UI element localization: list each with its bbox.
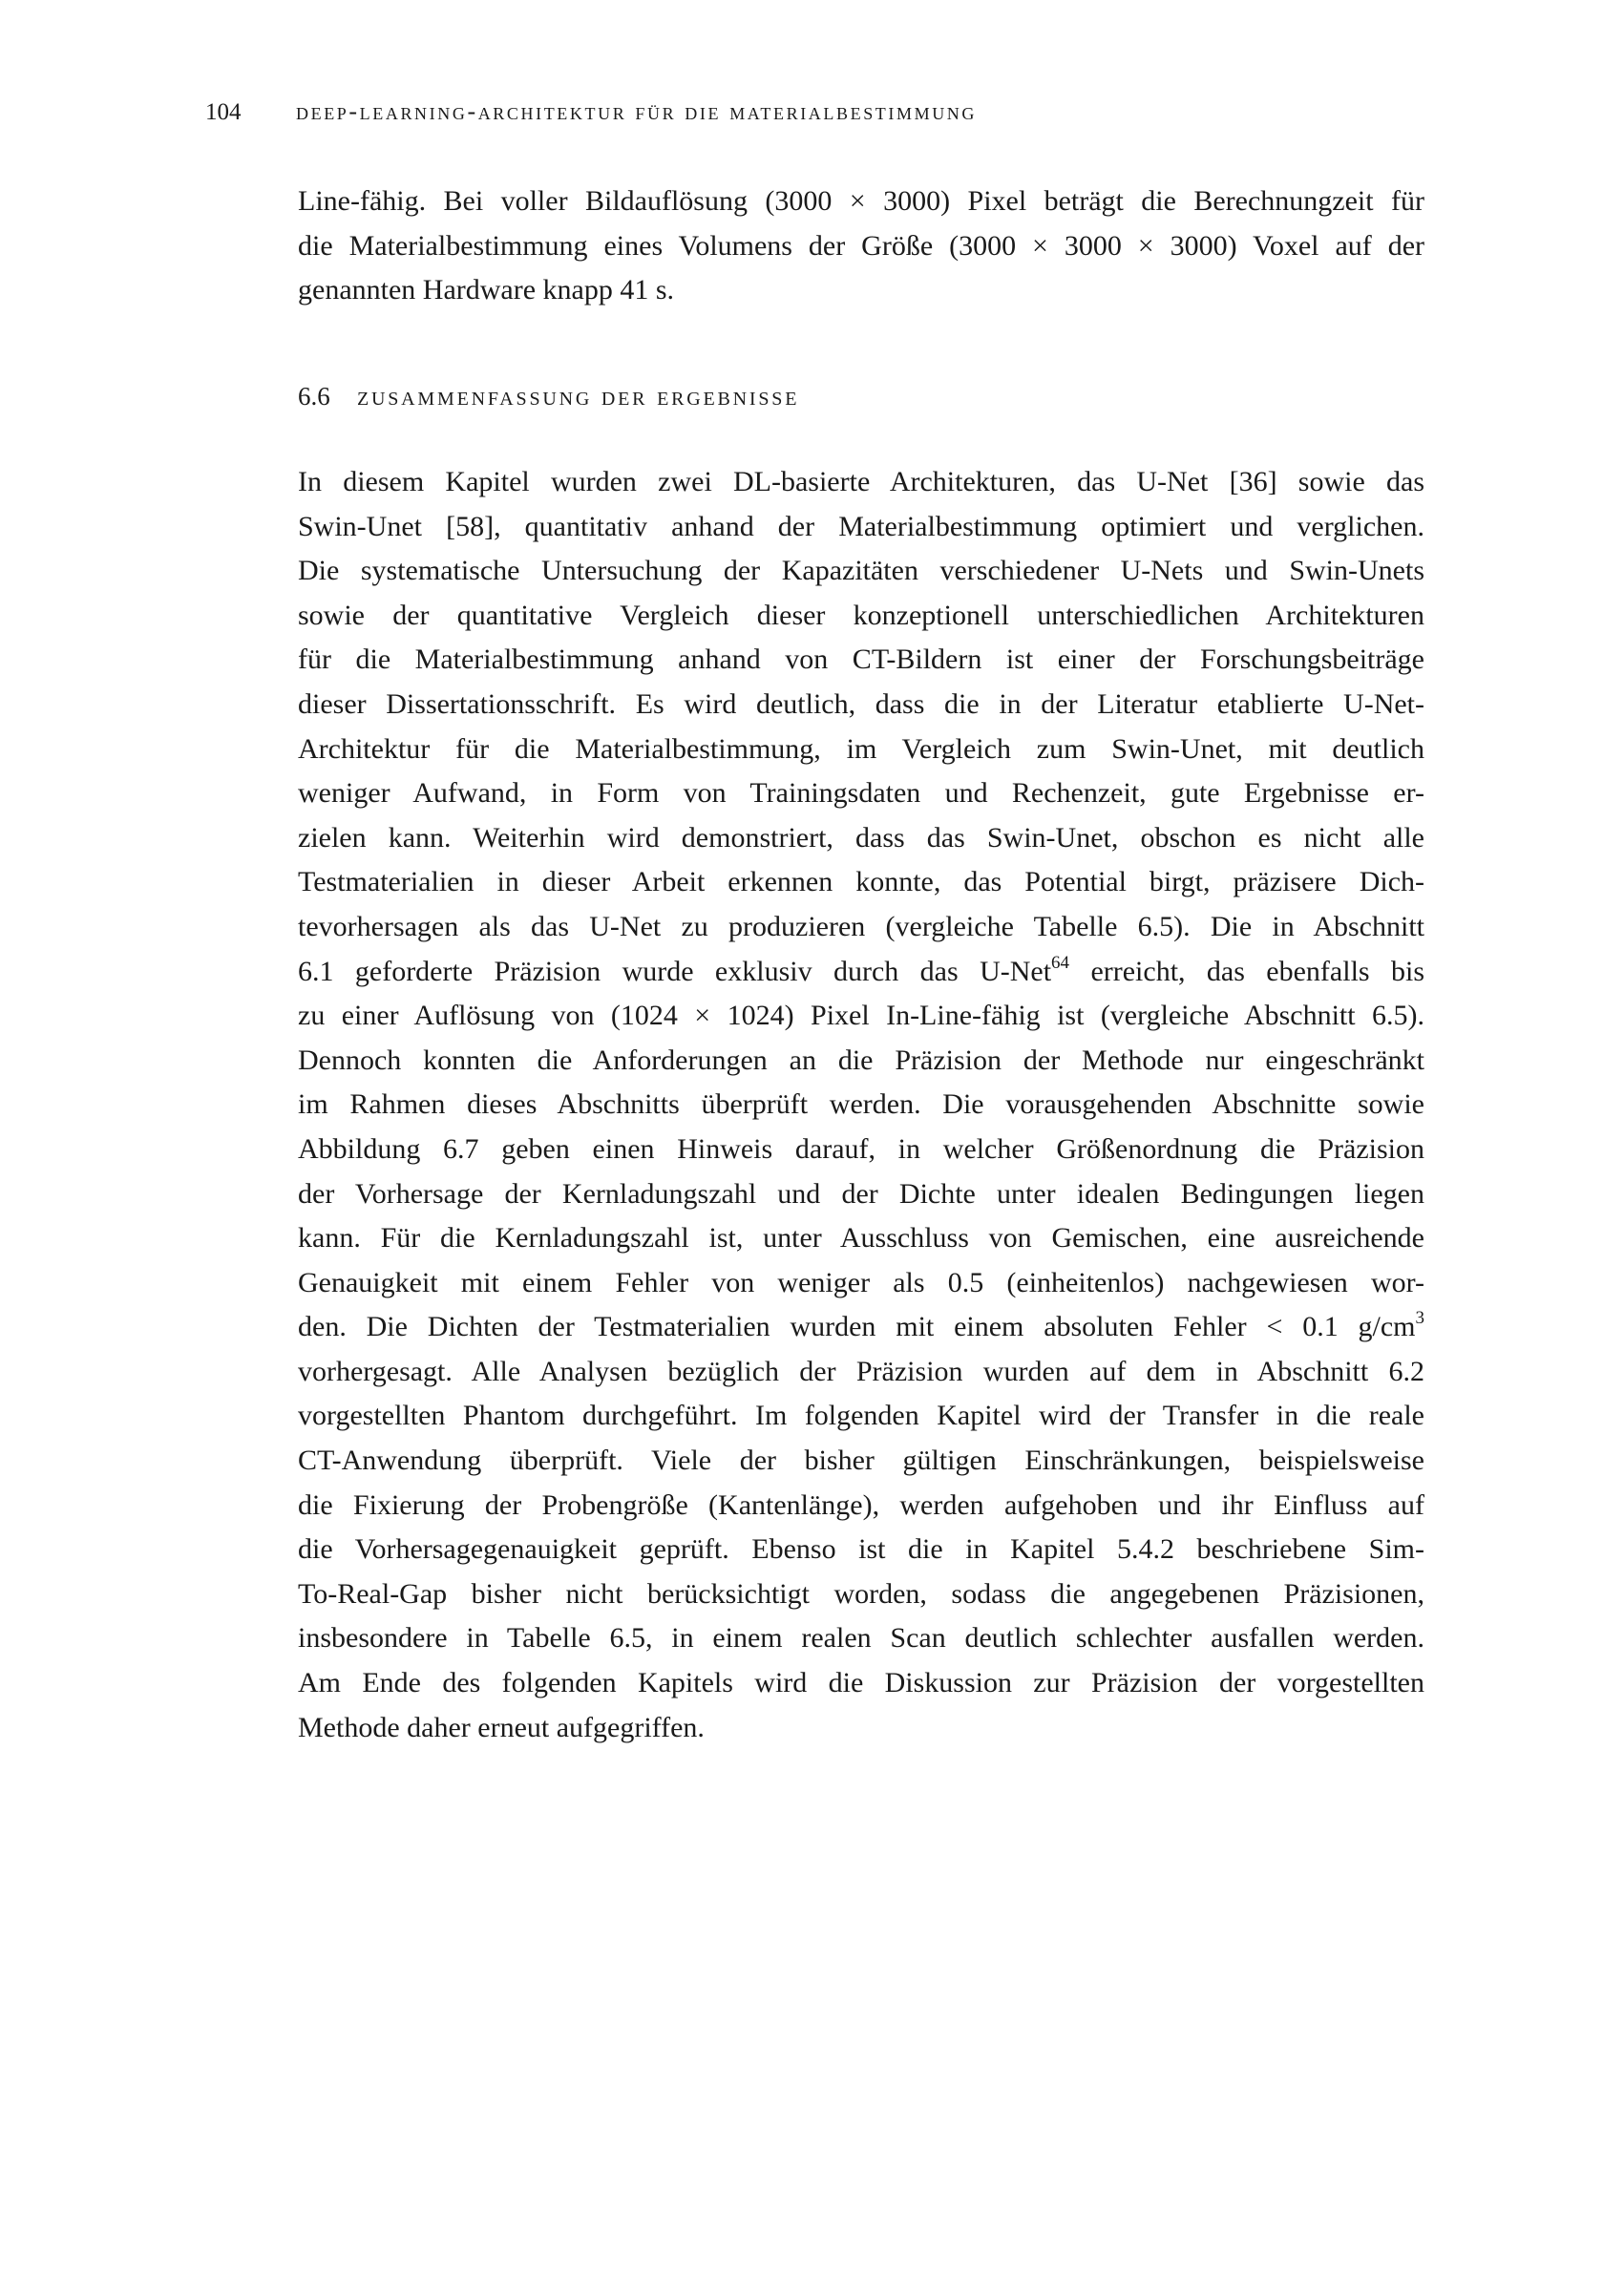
text-line: kann. Für die Kernladungszahl ist, unter…: [298, 1216, 1424, 1261]
text-fragment: erreicht, das ebenfalls bis: [1069, 956, 1424, 987]
text-line: dieser Dissertationsschrift. Es wird deu…: [298, 683, 1424, 728]
section-number: 6.6: [298, 380, 340, 412]
text-line: CT-Anwendung überprüft. Viele der bisher…: [298, 1439, 1424, 1484]
text-line: weniger Aufwand, in Form von Trainingsda…: [298, 771, 1424, 816]
text-line-unit: den. Die Dichten der Testmaterialien wur…: [298, 1305, 1424, 1350]
text-line: für die Materialbestimmung anhand von CT…: [298, 638, 1424, 683]
text-line: Architektur für die Materialbestimmung, …: [298, 728, 1424, 772]
text-line: Die systematische Untersuchung der Kapaz…: [298, 549, 1424, 594]
text-line: die Vorhersagegenauigkeit geprüft. Ebens…: [298, 1528, 1424, 1572]
text-line: Dennoch konnten die Anforderungen an die…: [298, 1039, 1424, 1084]
text-fragment: den. Die Dichten der Testmaterialien wur…: [298, 1311, 1416, 1342]
text-line: Line-fähig. Bei voller Bildauflösung (30…: [298, 179, 1424, 224]
text-line: Am Ende des folgenden Kapitels wird die …: [298, 1661, 1424, 1706]
text-line: Swin-Unet [58], quantitativ anhand der M…: [298, 505, 1424, 550]
chapter-title: DEEP-LEARNING-ARCHITEKTUR FÜR DIE MATERI…: [296, 97, 977, 125]
text-line: To-Real-Gap bisher nicht berücksichtigt …: [298, 1572, 1424, 1617]
section-heading: 6.6ZUSAMMENFASSUNG DER ERGEBNISSE: [298, 380, 799, 413]
footnote-marker[interactable]: 64: [1051, 953, 1069, 973]
text-line: Testmaterialien in dieser Arbeit erkenne…: [298, 860, 1424, 905]
intro-paragraph: Line-fähig. Bei voller Bildauflösung (30…: [298, 179, 1424, 313]
text-line: genannten Hardware knapp 41 s.: [298, 268, 1424, 313]
text-line: der Vorhersage der Kernladungszahl und d…: [298, 1172, 1424, 1217]
text-line: Abbildung 6.7 geben einen Hinweis darauf…: [298, 1128, 1424, 1172]
text-line: die Fixierung der Probengröße (Kantenlän…: [298, 1484, 1424, 1529]
text-line: insbesondere in Tabelle 6.5, in einem re…: [298, 1616, 1424, 1661]
page-number: 104: [205, 97, 296, 128]
exponent: 3: [1416, 1308, 1425, 1328]
text-line-footnote: 6.1 geforderte Präzision wurde exklusiv …: [298, 950, 1424, 995]
text-fragment: 6.1 geforderte Präzision wurde exklusiv …: [298, 956, 1051, 987]
text-line: vorhergesagt. Alle Analysen bezüglich de…: [298, 1350, 1424, 1395]
text-line: tevorhersagen als das U-Net zu produzier…: [298, 905, 1424, 950]
text-line: im Rahmen dieses Abschnitts überprüft we…: [298, 1083, 1424, 1128]
text-line: zu einer Auflösung von (1024 × 1024) Pix…: [298, 994, 1424, 1039]
text-line: Methode daher erneut aufgegriffen.: [298, 1706, 1424, 1751]
text-line: sowie der quantitative Vergleich dieser …: [298, 594, 1424, 639]
text-line: vorgestellten Phantom durchgeführt. Im f…: [298, 1394, 1424, 1439]
text-line: Genauigkeit mit einem Fehler von weniger…: [298, 1261, 1424, 1306]
summary-paragraph: In diesem Kapitel wurden zwei DL-basiert…: [298, 460, 1424, 1750]
text-line: zielen kann. Weiterhin wird demonstriert…: [298, 816, 1424, 861]
text-line: In diesem Kapitel wurden zwei DL-basiert…: [298, 460, 1424, 505]
text-line: die Materialbestimmung eines Volumens de…: [298, 224, 1424, 269]
running-head: 104DEEP-LEARNING-ARCHITEKTUR FÜR DIE MAT…: [205, 96, 1427, 128]
section-title: ZUSAMMENFASSUNG DER ERGEBNISSE: [357, 382, 799, 411]
